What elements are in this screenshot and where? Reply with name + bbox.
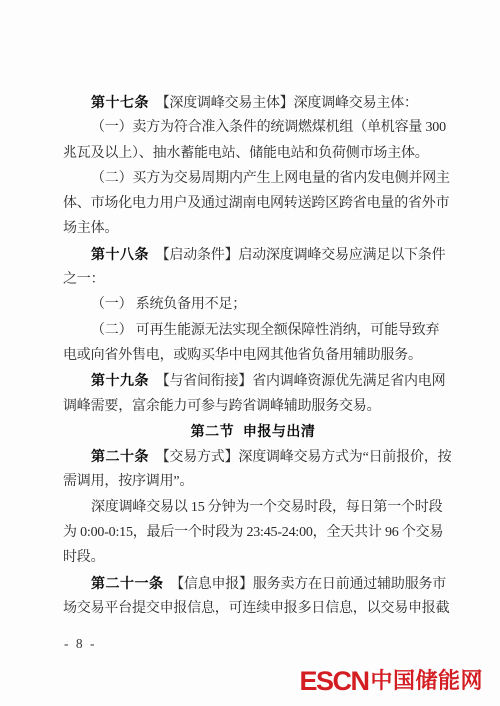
document-line: 深度调峰交易以 15 分钟为一个交易时段，每日第一个时段 [63, 495, 443, 520]
line-text: （二） 可再生能源无法实现全额保障性消纳，可能导致弃 [91, 323, 439, 338]
document-line: （二） 可再生能源无法实现全额保障性消纳，可能导致弃 [63, 318, 443, 343]
document-line: 电或向省外售电，或购买华中电网其他省负备用辅助服务。 [63, 343, 443, 368]
document-line: 第十七条 【深度调峰交易主体】深度调峰交易主体： [63, 90, 443, 115]
document-line: （一）卖方为符合准入条件的统调燃煤机组（单机容量 300 [63, 115, 443, 140]
section-heading: 第二节 申报与出清 [63, 419, 443, 444]
line-text: 【交易方式】深度调峰交易方式为“日前报价，按 [149, 450, 451, 465]
article-number: 第十八条 [91, 246, 149, 262]
line-text: 【深度调峰交易主体】深度调峰交易主体： [149, 96, 418, 111]
document-line: 场主体。 [63, 216, 443, 241]
article-number: 第二十一条 [91, 575, 164, 591]
line-text: 需调用，按序调用”。 [63, 474, 193, 489]
document-line: 兆瓦及以上）、抽水蓄能电站、储能电站和负荷侧市场主体。 [63, 141, 443, 166]
escn-logo: ESCN 中国储能网 [299, 665, 483, 697]
document-line: 调峰需要，富余能力可参与跨省调峰辅助服务交易。 [63, 394, 443, 419]
line-text: 【与省间衔接】省内调峰资源优先满足省内电网 [149, 374, 445, 389]
document-body: 第十七条 【深度调峰交易主体】深度调峰交易主体：（一）卖方为符合准入条件的统调燃… [63, 90, 443, 621]
article-number: 第二十条 [91, 448, 149, 464]
document-line: 第二十一条 【信息申报】服务卖方在日前通过辅助服务市 [63, 571, 443, 596]
logo-chinese-text: 中国储能网 [370, 670, 483, 692]
line-text: 深度调峰交易以 15 分钟为一个交易时段，每日第一个时段 [91, 500, 442, 515]
document-line: 第十八条 【启动条件】启动深度调峰交易应满足以下条件 [63, 242, 443, 267]
line-text: 时段。 [63, 550, 104, 565]
document-line: （二）买方为交易周期内产生上网电量的省内发电侧并网主 [63, 166, 443, 191]
document-line: 第二十条 【交易方式】深度调峰交易方式为“日前报价，按 [63, 444, 443, 469]
document-line: 体、市场化电力用户及通过湖南电网转送跨区跨省电量的省外市 [63, 191, 443, 216]
line-text: 体、市场化电力用户及通过湖南电网转送跨区跨省电量的省外市 [63, 196, 449, 211]
line-text: （一） 系统负备用不足； [91, 297, 246, 312]
line-text: 为 0:00-0:15，最后一个时段为 23:45-24:00，全天共计 96 … [63, 525, 443, 540]
line-text: 【启动条件】启动深度调峰交易应满足以下条件 [149, 248, 445, 263]
document-line: 场交易平台提交申报信息，可连续申报多日信息，以交易申报截 [63, 596, 443, 621]
line-text: （二）买方为交易周期内产生上网电量的省内发电侧并网主 [91, 171, 450, 186]
article-number: 第十九条 [91, 372, 149, 388]
line-text: 之一： [63, 272, 104, 287]
logo-latin-text: ESCN [299, 668, 368, 695]
document-line: 需调用，按序调用”。 [63, 469, 443, 494]
article-number: 第二节 申报与出清 [191, 423, 316, 439]
article-number: 第十七条 [91, 94, 149, 110]
line-text: 场主体。 [63, 221, 118, 236]
page-number: - 8 - [64, 636, 97, 652]
line-text: 电或向省外售电，或购买华中电网其他省负备用辅助服务。 [63, 348, 422, 363]
document-line: 之一： [63, 267, 443, 292]
document-line: （一） 系统负备用不足； [63, 292, 443, 317]
document-page: 第十七条 【深度调峰交易主体】深度调峰交易主体：（一）卖方为符合准入条件的统调燃… [0, 0, 500, 706]
line-text: 兆瓦及以上）、抽水蓄能电站、储能电站和负荷侧市场主体。 [63, 146, 429, 161]
document-line: 时段。 [63, 545, 443, 570]
line-text: 调峰需要，富余能力可参与跨省调峰辅助服务交易。 [63, 399, 380, 414]
document-line: 为 0:00-0:15，最后一个时段为 23:45-24:00，全天共计 96 … [63, 520, 443, 545]
document-line: 第十九条 【与省间衔接】省内调峰资源优先满足省内电网 [63, 368, 443, 393]
line-text: （一）卖方为符合准入条件的统调燃煤机组（单机容量 300 [91, 120, 446, 135]
line-text: 【信息申报】服务卖方在日前通过辅助服务市 [164, 577, 447, 592]
line-text: 场交易平台提交申报信息，可连续申报多日信息，以交易申报截 [63, 601, 449, 616]
